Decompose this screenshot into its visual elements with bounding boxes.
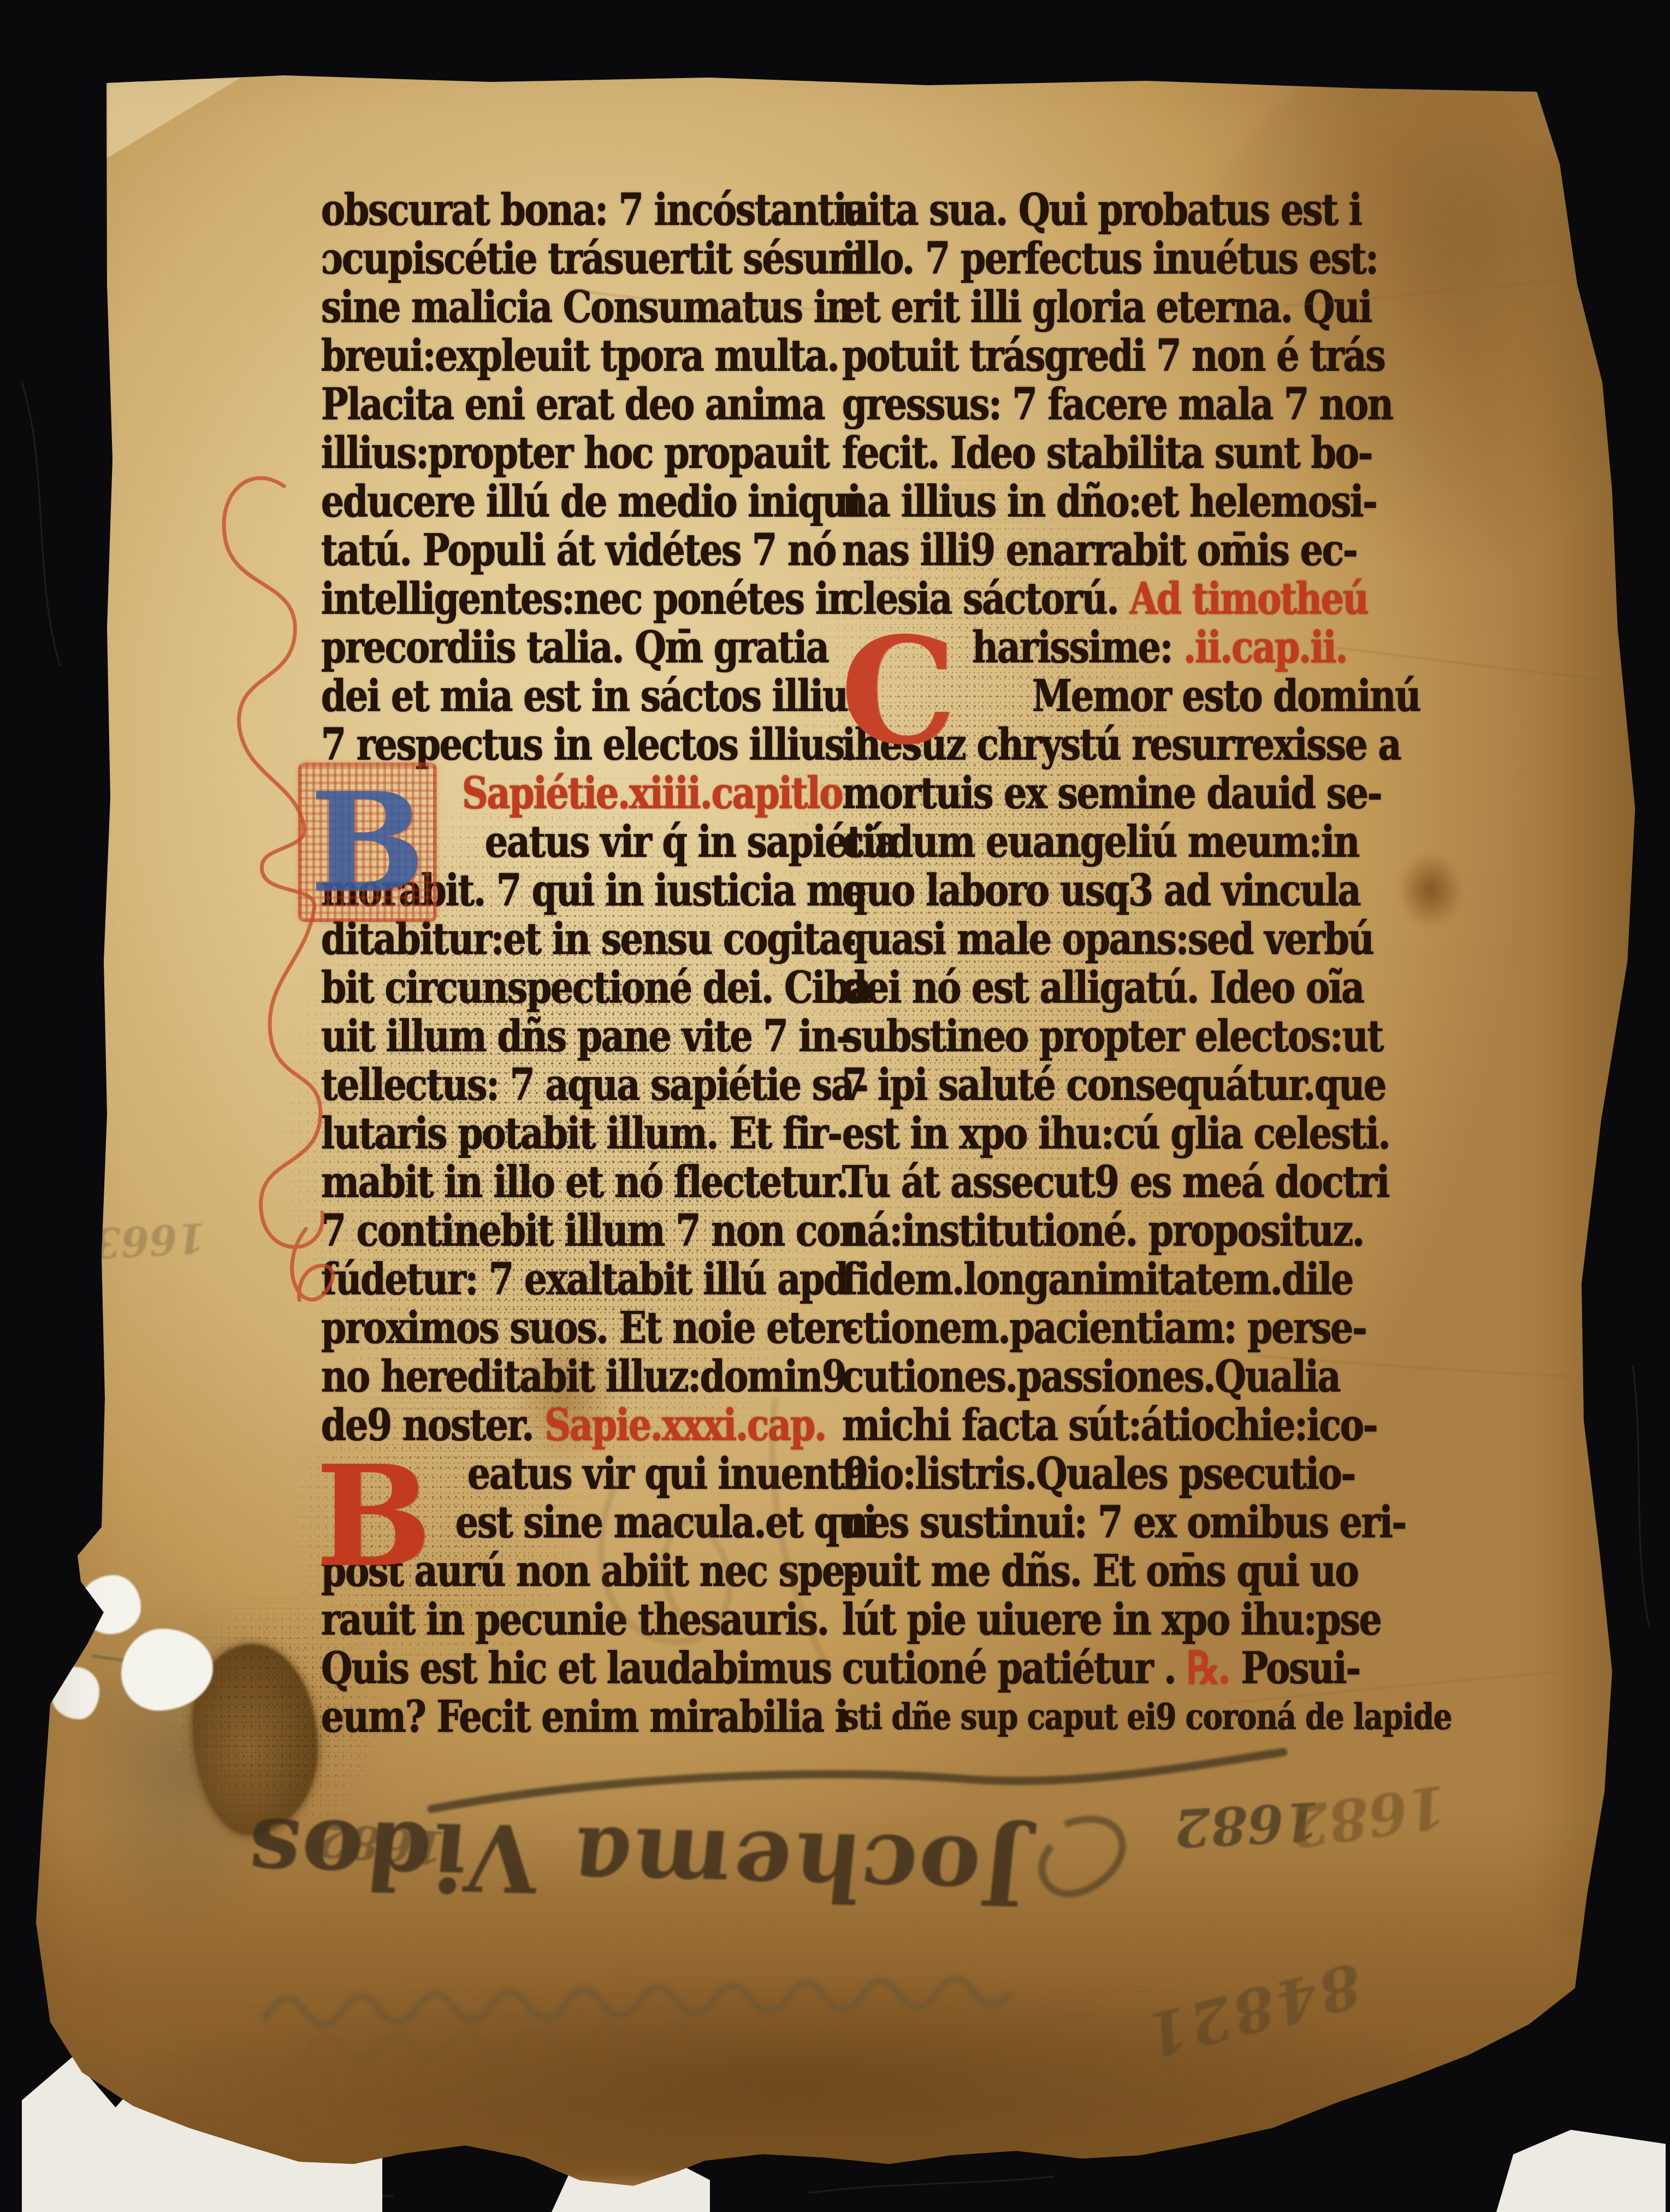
corner-fold	[106, 76, 243, 158]
body-text: na illius in dño:et helemosi-	[842, 475, 1377, 527]
body-text: est in xpo ihu:cú glia celesti.	[842, 1107, 1390, 1159]
body-text: nas illi9 enarrabit om̄is ec-	[842, 524, 1357, 576]
body-text: educere illú de medio iniqui	[321, 475, 860, 527]
body-text: tellectus: 7 aqua sapiétie sa-	[321, 1058, 867, 1110]
rubric-text: Sapie.xxxi.cap.	[544, 1399, 826, 1451]
body-text: Placita eni erat deo anima	[321, 378, 825, 430]
body-text: ná:institutioné. proposituz.	[842, 1204, 1364, 1256]
body-text: gressus: 7 facere mala 7 non	[842, 378, 1393, 430]
lombard-initial-b: B	[311, 1446, 436, 1587]
text-line: eum? Fecit enim mirabilia i	[321, 1687, 819, 1747]
body-text: breui:expleuit tpora multa.	[321, 329, 839, 381]
initial-letter: B	[298, 762, 437, 922]
body-text: eatus vir q́ in sapiétia	[485, 815, 897, 867]
parchment-hole	[121, 1629, 213, 1711]
body-text: mabit in illo et nó flectetur.	[321, 1156, 848, 1208]
body-text: Posui-	[1230, 1642, 1360, 1694]
pen-flourish	[1042, 1819, 1122, 1894]
manuscript-leaf: obscurat bona: 7 incóstantiaɔcupiscétie …	[0, 0, 1670, 2212]
body-text: ɔcupiscétie trásuertit sésum	[321, 232, 866, 284]
body-text: puit me dñs. Et om̄s qui uo	[842, 1545, 1358, 1596]
date-inscription: 1682	[315, 1814, 446, 1872]
rubric-text: .ii.cap.ii.	[1183, 621, 1347, 673]
cursive-scribble	[265, 1979, 1008, 2059]
body-text: quo laboro usq3 ad vincula	[842, 864, 1360, 916]
body-text: quasi male opans:sed verbú	[842, 913, 1373, 965]
body-text: substineo propter electos:ut	[842, 1010, 1383, 1062]
body-text: dei nó est alligatú. Ideo oĩa	[842, 961, 1364, 1013]
body-text: fúdetur: 7 exaltabit illú apd	[321, 1253, 848, 1305]
text-line: sti dñe sup caput ei9 coroná de lapide	[842, 1687, 1383, 1747]
body-text: est sine macula.et qui	[455, 1496, 876, 1548]
body-text: uita sua. Qui probatus est i	[842, 184, 1361, 235]
body-text: intelligentes:nec ponétes in	[321, 572, 853, 624]
body-text: 7 ipi saluté consequátur.que	[842, 1058, 1385, 1110]
photograph-black-mount: { "artifact": { "kind": "printed breviar…	[0, 0, 1670, 2212]
body-text: eatus vir qui inuent9	[467, 1447, 867, 1499]
body-text: ctionem.pacientiam: perse-	[842, 1302, 1366, 1353]
body-text: cutiones.passiones.Qualia	[842, 1350, 1340, 1402]
owner-inscription: Jochema Vidos	[355, 1794, 1033, 1932]
rubric-text: ℞.	[1187, 1642, 1229, 1694]
rubric-text: Ad timotheú	[1130, 572, 1368, 624]
body-text: bit circunspectioné dei. Ciba	[321, 961, 871, 1013]
body-text: rauit in pecunie thesauris.	[321, 1593, 828, 1645]
body-text: cúdum euangeliú meum:in	[842, 815, 1359, 867]
date-inscription: 1682	[1286, 1775, 1450, 1856]
initial-letter: B	[311, 1446, 436, 1587]
body-text: precordiis talia. Qm̄ gratia	[321, 621, 828, 673]
body-text: proximos suos. Et noie eter-	[321, 1302, 857, 1353]
body-text: lút pie uiuere in xpo ihu:pse	[842, 1593, 1381, 1645]
stain	[1398, 852, 1464, 928]
lombard-initial-c: C	[830, 616, 967, 767]
body-text: sine malicia Consumatus in	[321, 281, 851, 333]
illuminated-initial-b: B	[298, 762, 437, 922]
body-text: uit illum dñs pane vite 7 in-	[321, 1010, 850, 1062]
body-text: Quis est hic et laudabimus	[321, 1642, 831, 1694]
body-text: harissime:	[972, 621, 1183, 673]
body-text: sti dñe sup caput ei9 coroná de lapide	[842, 1695, 1452, 1738]
body-text: obscurat bona: 7 incóstantia	[321, 184, 868, 235]
body-text: lutaris potabit illum. Et fir-	[321, 1107, 842, 1159]
body-text: cutioné patiétur .	[842, 1642, 1187, 1694]
body-text: nio:listris.Quales psecutio-	[842, 1447, 1355, 1499]
body-text: tatú. Populi át vidétes 7 nó	[321, 524, 836, 576]
body-text: illo. 7 perfectus inuétus est:	[842, 232, 1378, 284]
initial-letter: C	[830, 616, 967, 767]
body-text: et erit illi gloria eterna. Qui	[842, 281, 1371, 333]
body-text: potuit trásgredi 7 non é trás	[842, 329, 1385, 381]
number-inscription: 84821	[1137, 1951, 1368, 2069]
date-inscription: 1682	[1173, 1793, 1322, 1855]
body-text: no hereditabit illuz:domin9	[321, 1350, 846, 1402]
body-text: Memor esto dominú	[1032, 670, 1420, 721]
text-column-right: uita sua. Qui probatus est iillo. 7 perf…	[842, 180, 1342, 1736]
body-text: dei et mia est in sáctos illius:	[321, 670, 879, 721]
body-text: fecit. Ideo stabilita sunt bo-	[842, 427, 1372, 478]
body-text: 7 continebit illum 7 non con	[321, 1204, 864, 1256]
body-text: Tu át assecut9 es meá doctri	[842, 1156, 1389, 1208]
body-text: eum? Fecit enim mirabilia i	[321, 1690, 848, 1742]
rubric-text: Sapiétie.xiiii.capitlo	[462, 767, 843, 819]
body-text: fidem.longanimitatem.dile	[842, 1253, 1353, 1305]
body-text: illius:propter hoc propauit	[321, 427, 829, 478]
body-text: nes sustinui: 7 ex omibus eri-	[842, 1496, 1406, 1548]
underline-stroke	[431, 1752, 1283, 1809]
date-inscription-faint: 1663	[92, 1215, 206, 1265]
body-text: michi facta sút:átiochie:ico-	[842, 1399, 1377, 1451]
